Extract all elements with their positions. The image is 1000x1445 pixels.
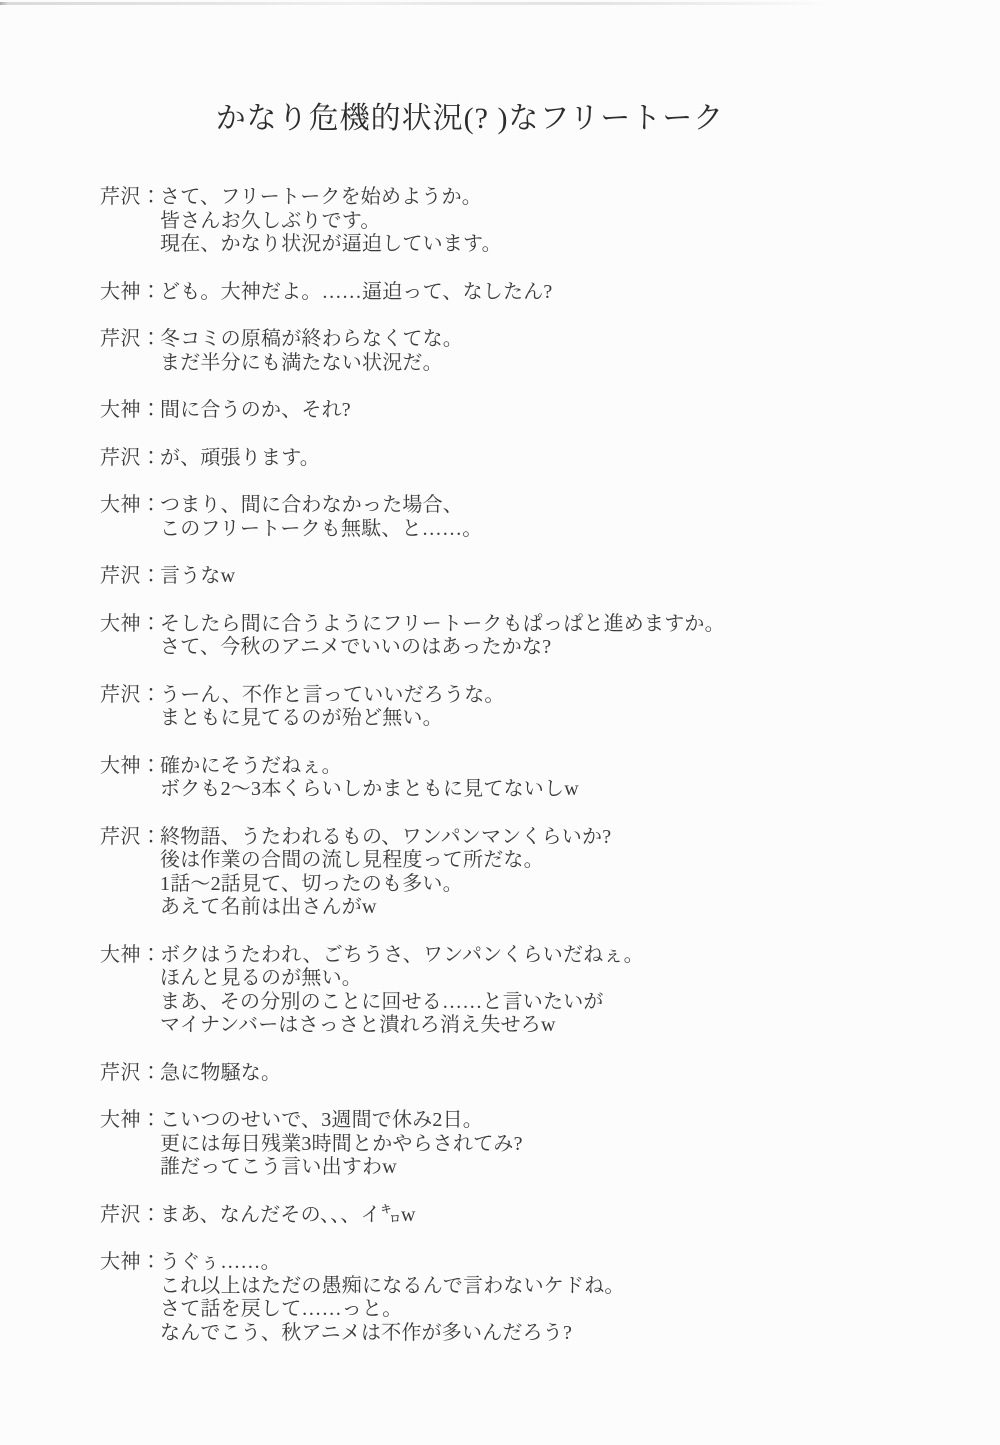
- dialogue-block: 大神： つまり、間に合わなかった場合、 このフリートークも無駄、と……。: [100, 494, 960, 541]
- dialogue-block: 大神： ども。大神だよ。……逼迫って、なしたん?: [100, 281, 960, 305]
- dialogue-text: こいつのせいで、3週間で休み2日。 更には毎日残業3時間とかやらされてみ? 誰だ…: [160, 1109, 960, 1180]
- dialogue-block: 芹沢： まあ、なんだその、、、イ㌔w: [100, 1204, 960, 1228]
- speaker-label: 芹沢：: [100, 684, 160, 708]
- speaker-label: 芹沢：: [100, 447, 160, 471]
- speaker-label: 大神：: [100, 755, 160, 779]
- dialogue-text: 急に物騒な。: [160, 1062, 960, 1086]
- speaker-label: 芹沢：: [100, 328, 160, 352]
- dialogue-text: うーん、不作と言っていいだろうな。 まともに見てるのが殆ど無い。: [160, 684, 960, 731]
- dialogue-text: そしたら間に合うようにフリートークもぱっぱと進めますか。 さて、今秋のアニメでい…: [160, 613, 960, 660]
- dialogue-block: 芹沢： 冬コミの原稿が終わらなくてな。 まだ半分にも満たない状況だ。: [100, 328, 960, 375]
- speaker-label: 大神：: [100, 494, 160, 518]
- dialogue-block: 芹沢： 急に物騒な。: [100, 1062, 960, 1086]
- dialogue-text: が、頑張ります。: [160, 447, 960, 471]
- speaker-label: 芹沢：: [100, 565, 160, 589]
- speaker-label: 芹沢：: [100, 1062, 160, 1086]
- dialogue-text: ども。大神だよ。……逼迫って、なしたん?: [160, 281, 960, 305]
- dialogue-text: 間に合うのか、それ?: [160, 399, 960, 423]
- dialogue-text: 終物語、うたわれるもの、ワンパンマンくらいか? 後は作業の合間の流し見程度って所…: [160, 826, 960, 920]
- dialogue-text: さて、フリートークを始めようか。 皆さんお久しぶりです。 現在、かなり状況が逼迫…: [160, 186, 960, 257]
- document-page: かなり危機的状況(? )なフリートーク 芹沢： さて、フリートークを始めようか。…: [0, 0, 1000, 1445]
- dialogue-text: ボクはうたわれ、ごちうさ、ワンパンくらいだねぇ。 ほんと見るのが無い。 まあ、そ…: [160, 944, 960, 1038]
- speaker-label: 芹沢：: [100, 1204, 160, 1228]
- dialogue-block: 芹沢： が、頑張ります。: [100, 447, 960, 471]
- dialogue-text: 冬コミの原稿が終わらなくてな。 まだ半分にも満たない状況だ。: [160, 328, 960, 375]
- dialogue-text: うぐぅ……。 これ以上はただの愚痴になるんで言わないケドね。 さて話を戻して………: [160, 1251, 960, 1345]
- dialogue-block: 大神： うぐぅ……。 これ以上はただの愚痴になるんで言わないケドね。 さて話を戻…: [100, 1251, 960, 1345]
- speaker-label: 大神：: [100, 281, 160, 305]
- dialogue-block: 芹沢： うーん、不作と言っていいだろうな。 まともに見てるのが殆ど無い。: [100, 684, 960, 731]
- dialogue-block: 大神： こいつのせいで、3週間で休み2日。 更には毎日残業3時間とかやらされてみ…: [100, 1109, 960, 1180]
- dialogue-block: 大神： ボクはうたわれ、ごちうさ、ワンパンくらいだねぇ。 ほんと見るのが無い。 …: [100, 944, 960, 1038]
- dialogue-block: 大神： そしたら間に合うようにフリートークもぱっぱと進めますか。 さて、今秋のア…: [100, 613, 960, 660]
- dialogue-text: 確かにそうだねぇ。 ボクも2～3本くらいしかまともに見てないしw: [160, 755, 960, 802]
- dialogue-block: 芹沢： さて、フリートークを始めようか。 皆さんお久しぶりです。 現在、かなり状…: [100, 186, 960, 257]
- dialogue-block: 大神： 間に合うのか、それ?: [100, 399, 960, 423]
- page-title: かなり危機的状況(? )なフリートーク: [0, 0, 1000, 137]
- speaker-label: 芹沢：: [100, 826, 160, 850]
- scan-artifact-line: [0, 2, 835, 5]
- dialogue-list: 芹沢： さて、フリートークを始めようか。 皆さんお久しぶりです。 現在、かなり状…: [100, 186, 960, 1369]
- speaker-label: 大神：: [100, 944, 160, 968]
- dialogue-text: つまり、間に合わなかった場合、 このフリートークも無駄、と……。: [160, 494, 960, 541]
- dialogue-block: 芹沢： 言うなw: [100, 565, 960, 589]
- dialogue-text: まあ、なんだその、、、イ㌔w: [160, 1204, 960, 1228]
- speaker-label: 芹沢：: [100, 186, 160, 210]
- speaker-label: 大神：: [100, 399, 160, 423]
- speaker-label: 大神：: [100, 1251, 160, 1275]
- dialogue-text: 言うなw: [160, 565, 960, 589]
- dialogue-block: 芹沢： 終物語、うたわれるもの、ワンパンマンくらいか? 後は作業の合間の流し見程…: [100, 826, 960, 920]
- speaker-label: 大神：: [100, 613, 160, 637]
- speaker-label: 大神：: [100, 1109, 160, 1133]
- dialogue-block: 大神： 確かにそうだねぇ。 ボクも2～3本くらいしかまともに見てないしw: [100, 755, 960, 802]
